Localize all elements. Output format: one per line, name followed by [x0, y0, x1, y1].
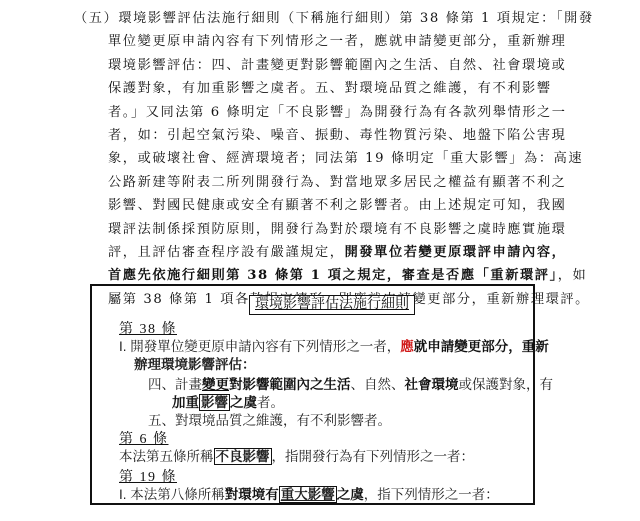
article-38-sub-4: 四、計畫變更對影響範圍內之生活、自然、社會環境或保護對象，有 [148, 376, 553, 394]
sub4-text-e: 社會環境 [405, 377, 459, 392]
sub4-text-f: 或保護對象，有 [459, 377, 554, 392]
article-38-bold-text: 就申請變更部分，重新 [414, 339, 549, 354]
article-6-heading: 第 6 條 [119, 432, 169, 448]
highlight-red-char: 應 [400, 339, 414, 354]
article-38-item-text: I. 開發單位變更原申請內容有下列情形之一者， [119, 339, 400, 354]
para-line-12-bold: 首應先依施行細則第 38 條第 1 項之規定，審查是否應「重新環評」 [108, 268, 558, 283]
article-38-heading: 第 38 條 [119, 322, 177, 338]
article-38-item-1-cont: 辦理環境影響評估： [134, 356, 256, 374]
article-19-text-a: I. 本法第八條所稱 [119, 487, 225, 502]
para-line-3: 環境影響評估：四、計畫變更對影響範圍內之生活、自然、社會環境或 [74, 54, 594, 77]
article-19-text-b: ，指下列情形之一者： [364, 487, 499, 502]
article-19-item-1: I. 本法第八條所稱對環境有重大影響之虞，指下列情形之一者： [119, 486, 499, 504]
article-19-bold-2: 之虞 [337, 487, 364, 502]
sub4-l2-b: 之虞 [230, 395, 257, 410]
sub4-text-c: 對影響範圍內之生活 [229, 377, 351, 392]
article-6-text-b: ，指開發行為有下列情形之一者： [272, 449, 475, 464]
regulation-excerpt-box: 環境影響評估法施行細則 第 38 條 I. 開發單位變更原申請內容有下列情形之一… [90, 284, 535, 505]
body-paragraph: （五）環境影響評估法施行細則（下稱施行細則）第 38 條第 1 項規定：「開發 … [74, 7, 594, 311]
sub4-text-a: 四、計畫 [148, 377, 202, 392]
box-title: 環境影響評估法施行細則 [249, 295, 415, 315]
sub4-text-b: 變更 [202, 377, 229, 392]
boxed-term-adverse-impact: 不良影響 [214, 448, 272, 465]
sub4-text-d: 、自然、 [351, 377, 405, 392]
boxed-term-impact: 影響 [199, 394, 230, 411]
para-line-11-normal: 評，且評估審查程序設有嚴謹規定， [108, 245, 345, 260]
article-19-bold: 對環境有 [225, 487, 279, 502]
sub4-l2-a: 加重 [172, 395, 199, 410]
para-line-2: 單位變更原申請內容有下列情形之一者，應就申請變更部分，重新辦理 [74, 30, 594, 53]
article-38-sub-5: 五、對環境品質之維護，有不利影響者。 [148, 412, 391, 430]
article-38-sub-4-cont: 加重影響之虞者。 [172, 394, 284, 412]
para-line-1: （五）環境影響評估法施行細則（下稱施行細則）第 38 條第 1 項規定：「開發 [74, 7, 594, 30]
para-line-9: 影響、對國民健康或安全有顯著不利之影響者。由上述規定可知，我國 [74, 194, 594, 217]
sub4-l2-c: 者。 [257, 395, 284, 410]
para-line-4: 保護對象，有加重影響之虞者。五、對環境品質之維護，有不利影響 [74, 77, 594, 100]
article-19-heading: 第 19 條 [119, 470, 177, 486]
para-line-7: 象，或破壞社會、經濟環境者；同法第 19 條明定「重大影響」為：高速 [74, 147, 594, 170]
article-38-item-1: I. 開發單位變更原申請內容有下列情形之一者，應就申請變更部分，重新 [119, 338, 549, 356]
para-line-6: 者，如：引起空氣污染、噪音、振動、毒性物質污染、地盤下陷公害現 [74, 124, 594, 147]
para-line-8: 公路新建等附表二所列開發行為、對當地眾多居民之權益有顯著不利之 [74, 171, 594, 194]
para-line-12-normal: ，如 [558, 268, 588, 283]
para-line-11: 評，且評估審查程序設有嚴謹規定，開發單位若變更原環評申請內容， [74, 241, 594, 264]
article-6-text: 本法第五條所稱不良影響，指開發行為有下列情形之一者： [119, 448, 474, 466]
para-line-5: 者。」又同法第 6 條明定「不良影響」為開發行為有各款列舉情形之一 [74, 101, 594, 124]
para-line-10: 環評法制係採預防原則，開發行為對於環境有不良影響之虞時應實施環 [74, 218, 594, 241]
article-6-text-a: 本法第五條所稱 [119, 449, 214, 464]
boxed-term-significant-impact: 重大影響 [279, 486, 337, 503]
para-line-11-bold: 開發單位若變更原環評申請內容， [345, 245, 567, 260]
